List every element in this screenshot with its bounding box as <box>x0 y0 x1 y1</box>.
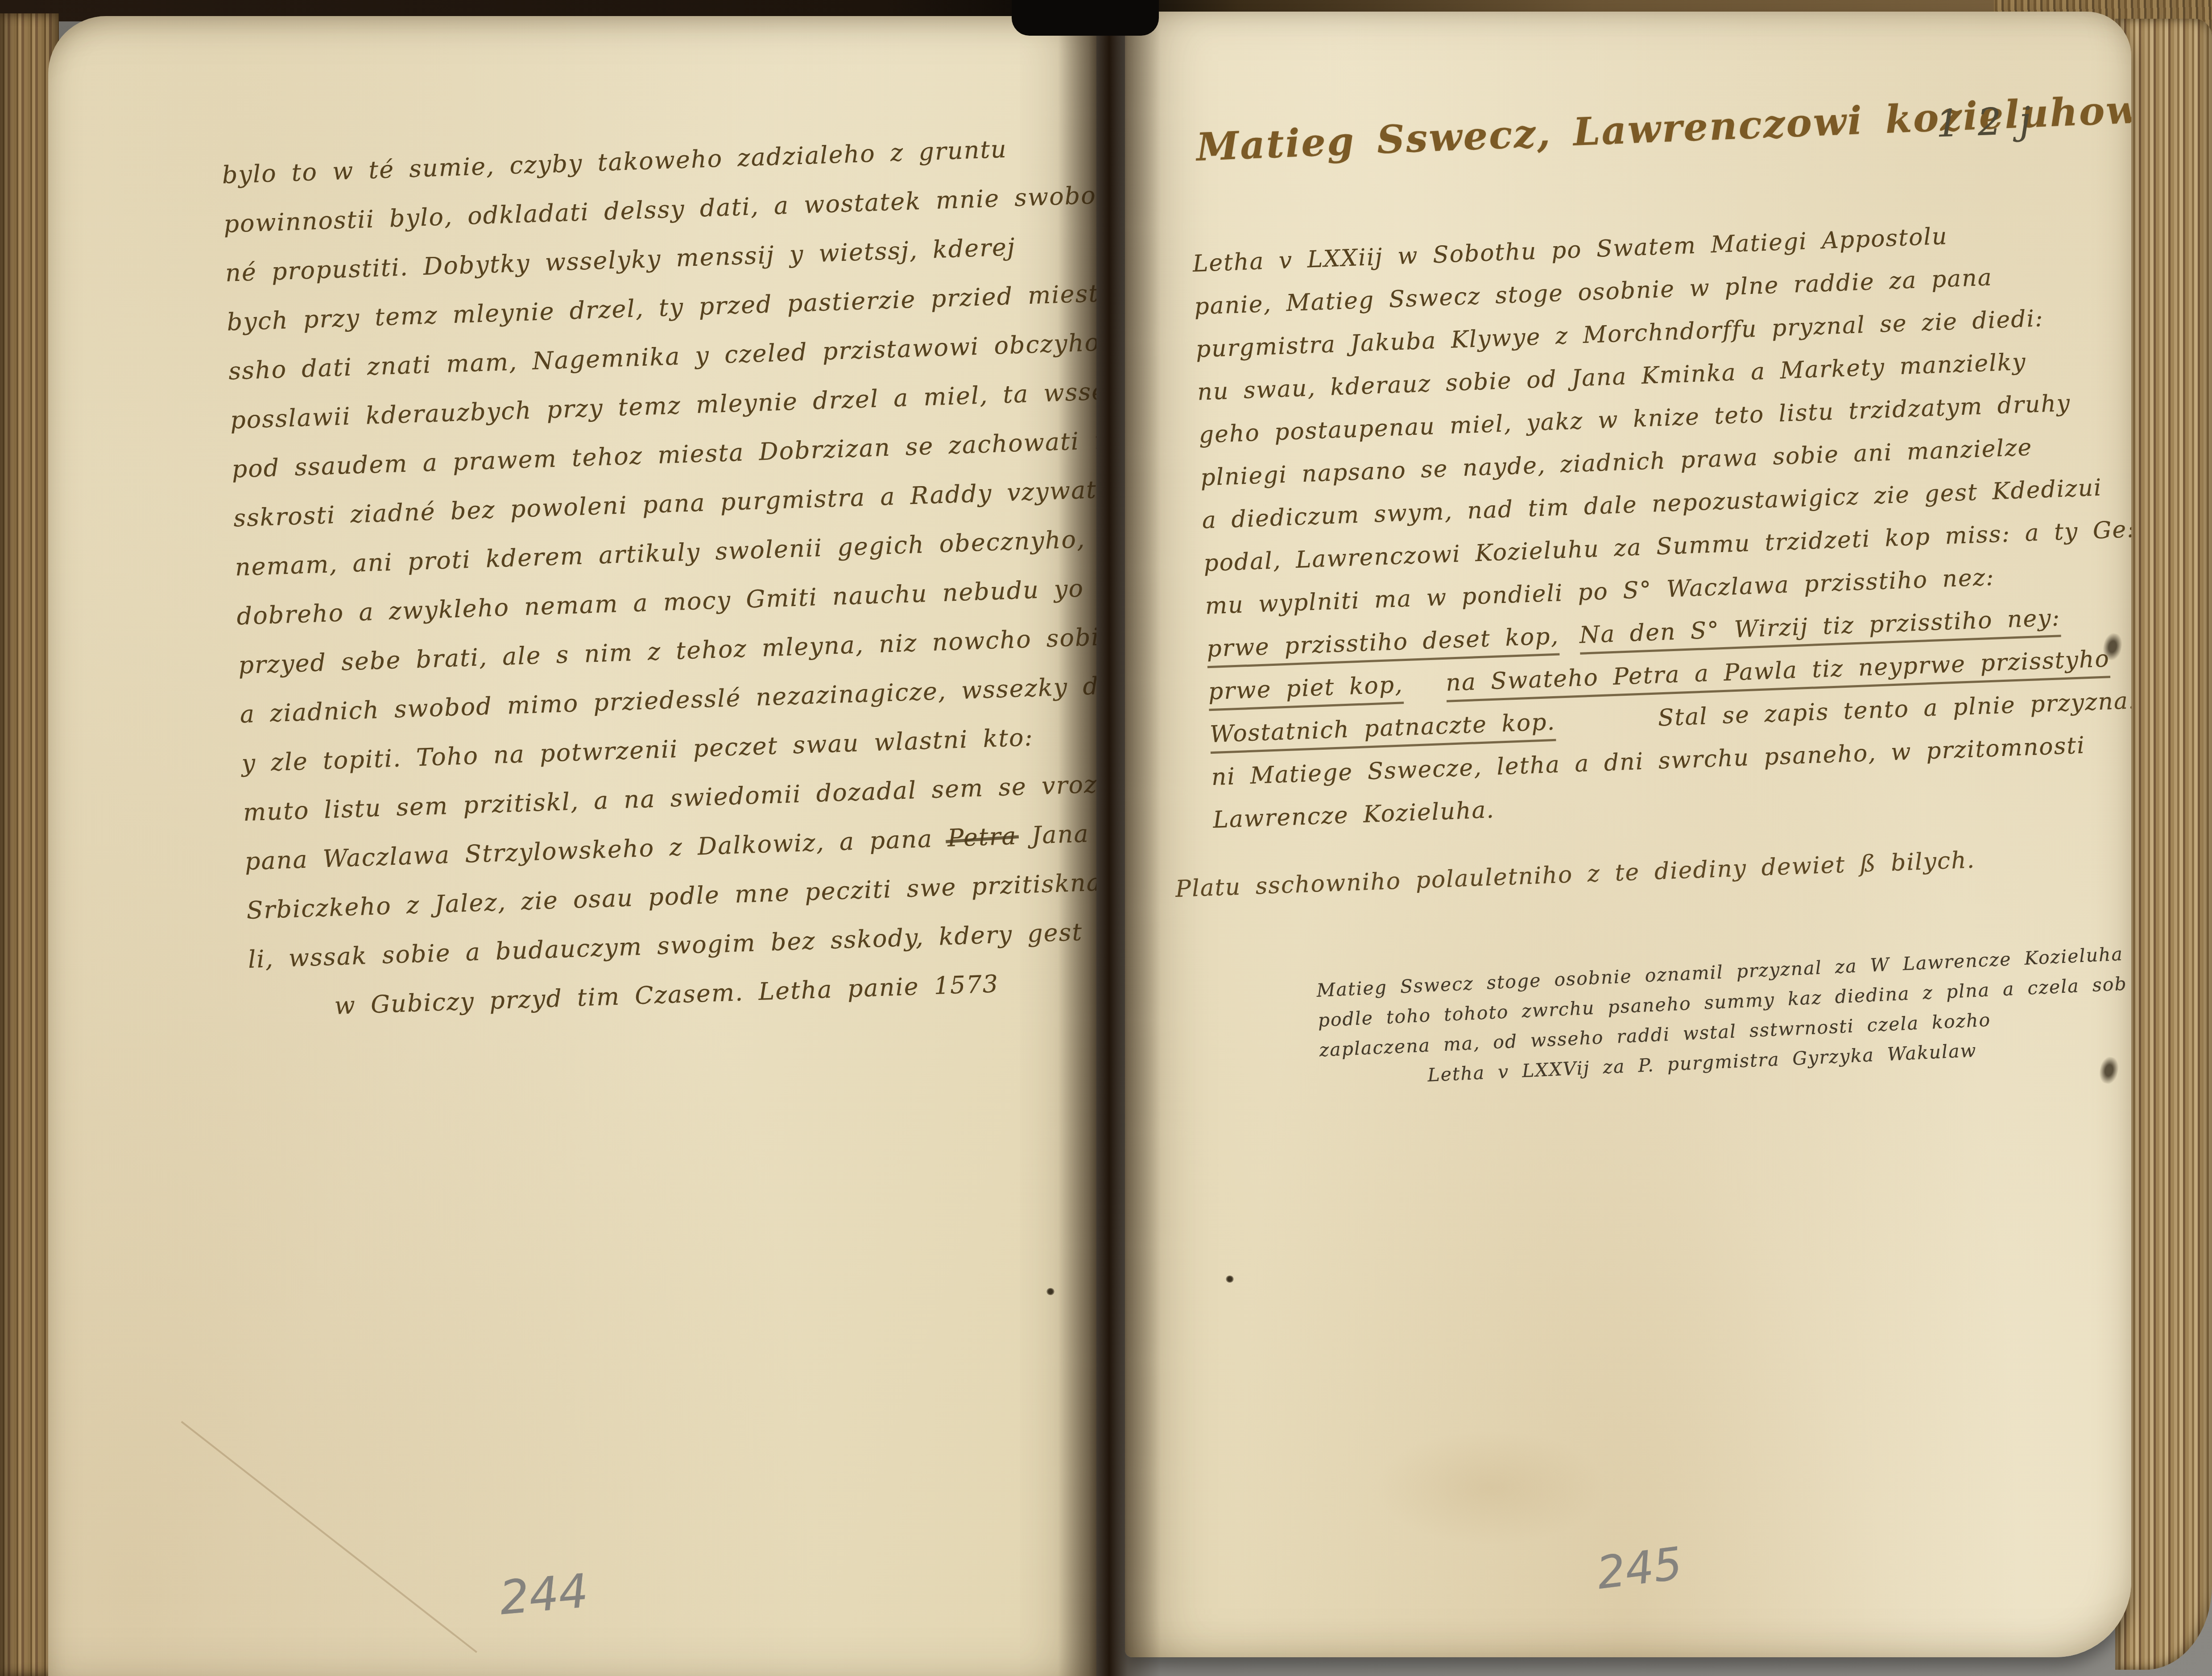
struck-out-word: Petra <box>947 822 1017 852</box>
right-page: Matieg Sswecz, Lawrenczowi kozieluhowi. … <box>1125 12 2131 1657</box>
later-addendum-block: Matieg Sswecz stoge osobnie oznamil przy… <box>1316 939 2130 1095</box>
pencil-foliation-number: 245 <box>1594 1537 1685 1599</box>
paper-crease <box>181 1421 477 1653</box>
paper-stain <box>1375 1430 1607 1546</box>
left-page: bylo to w té sumie, czyby takoweho zadzi… <box>48 16 1096 1676</box>
pencil-foliation-number: 244 <box>497 1564 590 1626</box>
wormhole-dot <box>1046 1288 1054 1295</box>
manuscript-scan: bylo to w té sumie, czyby takoweho zadzi… <box>0 0 2212 1676</box>
underlined-payment-terms: prwe piet kop, <box>1208 671 1404 711</box>
right-page-text-block: Letha v LXXiij w Sobothu po Swatem Matie… <box>1192 208 2131 842</box>
left-page-text-block: bylo to w té sumie, czyby takoweho zadzi… <box>221 117 1096 1033</box>
wormhole-dot <box>1226 1276 1234 1283</box>
folio-number: 12j <box>1935 98 2049 146</box>
line-text: Jana <box>1017 819 1090 850</box>
rent-note-line: Platu sschowniho polauletniho z te diedi… <box>1175 846 1976 903</box>
